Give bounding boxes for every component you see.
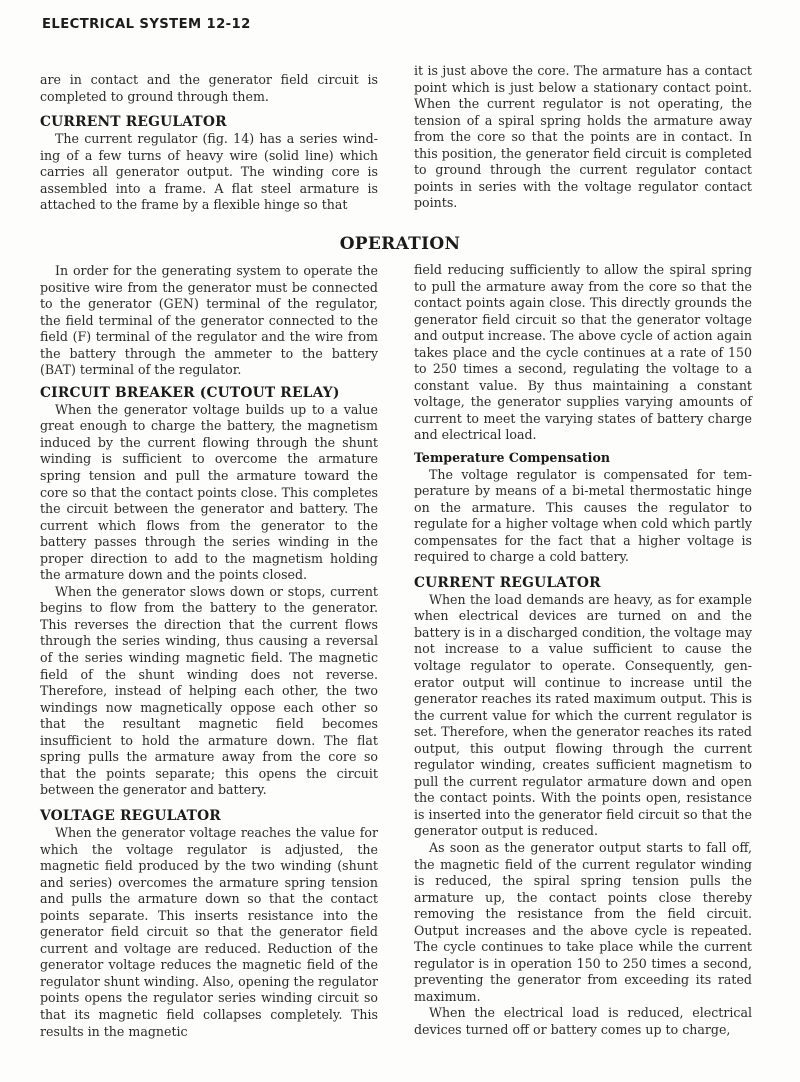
top-right-column: it is just above the core. The armature … [414,63,752,212]
bottom-left-column: In order for the generating system to op… [40,263,378,1040]
paragraph: When the load demands are heavy, as for … [414,592,752,840]
paragraph: it is just above the core. The armature … [414,63,752,212]
paragraph: When the generator slows down or stops, … [40,584,378,799]
top-left-column: are in contact and the generator field c… [40,72,378,214]
section-title-operation: OPERATION [0,234,800,254]
section-heading-circuit-breaker: CIRCUIT BREAKER (CUTOUT RELAY) [40,385,378,402]
paragraph: As soon as the generator output starts t… [414,840,752,1005]
paragraph: In order for the generating system to op… [40,263,378,379]
paragraph: The current regulator (fig. 14) has a se… [40,131,378,214]
bottom-right-column: field reducing sufficiently to allow the… [414,262,752,1039]
section-heading-voltage-regulator: VOLTAGE REGULATOR [40,808,378,825]
paragraph: field reducing sufficiently to allow the… [414,262,752,444]
paragraph: The voltage regulator is compensated for… [414,467,752,566]
section-heading-current-regulator: CURRENT REGULATOR [40,114,378,131]
paragraph: are in contact and the generator field c… [40,72,378,105]
subheading-temperature-compensation: Temperature Compensation [414,450,752,467]
paragraph: When the electrical load is reduced, ele… [414,1005,752,1038]
page-header: ELECTRICAL SYSTEM 12-12 [42,17,251,32]
paragraph: When the generator voltage builds up to … [40,402,378,584]
paragraph: When the generator voltage reaches the v… [40,825,378,1040]
section-heading-current-regulator-operation: CURRENT REGULATOR [414,575,752,592]
